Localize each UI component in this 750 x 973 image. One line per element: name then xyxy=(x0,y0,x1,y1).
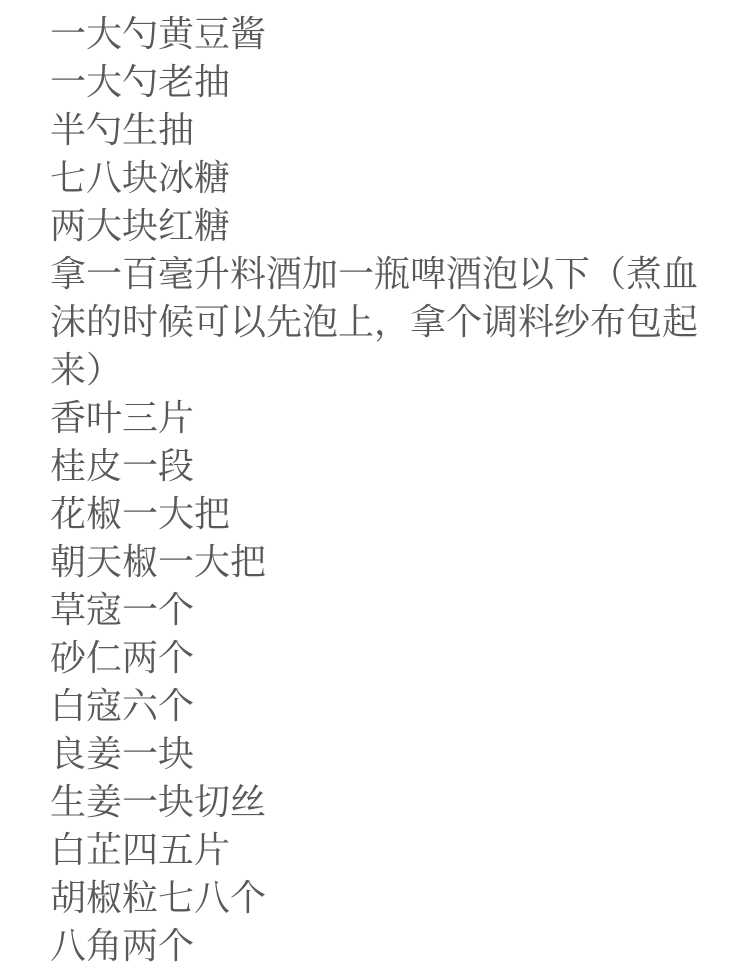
ingredient-list-document: 一大勺黄豆酱 一大勺老抽 半勺生抽 七八块冰糖 两大块红糖 拿一百毫升料酒加一瓶… xyxy=(0,0,750,973)
list-item: 一大勺黄豆酱 xyxy=(50,10,702,58)
list-item: 半勺生抽 xyxy=(50,106,702,154)
list-item: 花椒一大把 xyxy=(50,490,702,538)
list-item: 八角两个 xyxy=(50,922,702,970)
list-item: 桂皮一段 xyxy=(50,442,702,490)
list-item-marinade-note: 拿一百毫升料酒加一瓶啤酒泡以下（煮血沫的时候可以先泡上，拿个调料纱布包起来） xyxy=(50,250,702,394)
list-item: 朝天椒一大把 xyxy=(50,538,702,586)
list-item: 生姜一块切丝 xyxy=(50,778,702,826)
list-item: 白寇六个 xyxy=(50,682,702,730)
list-item: 砂仁两个 xyxy=(50,634,702,682)
list-item: 白芷四五片 xyxy=(50,826,702,874)
list-item: 胡椒粒七八个 xyxy=(50,874,702,922)
list-item: 一大勺老抽 xyxy=(50,58,702,106)
list-item: 七八块冰糖 xyxy=(50,154,702,202)
list-item: 良姜一块 xyxy=(50,730,702,778)
list-item: 两大块红糖 xyxy=(50,202,702,250)
list-item: 香叶三片 xyxy=(50,394,702,442)
list-item: 草寇一个 xyxy=(50,586,702,634)
